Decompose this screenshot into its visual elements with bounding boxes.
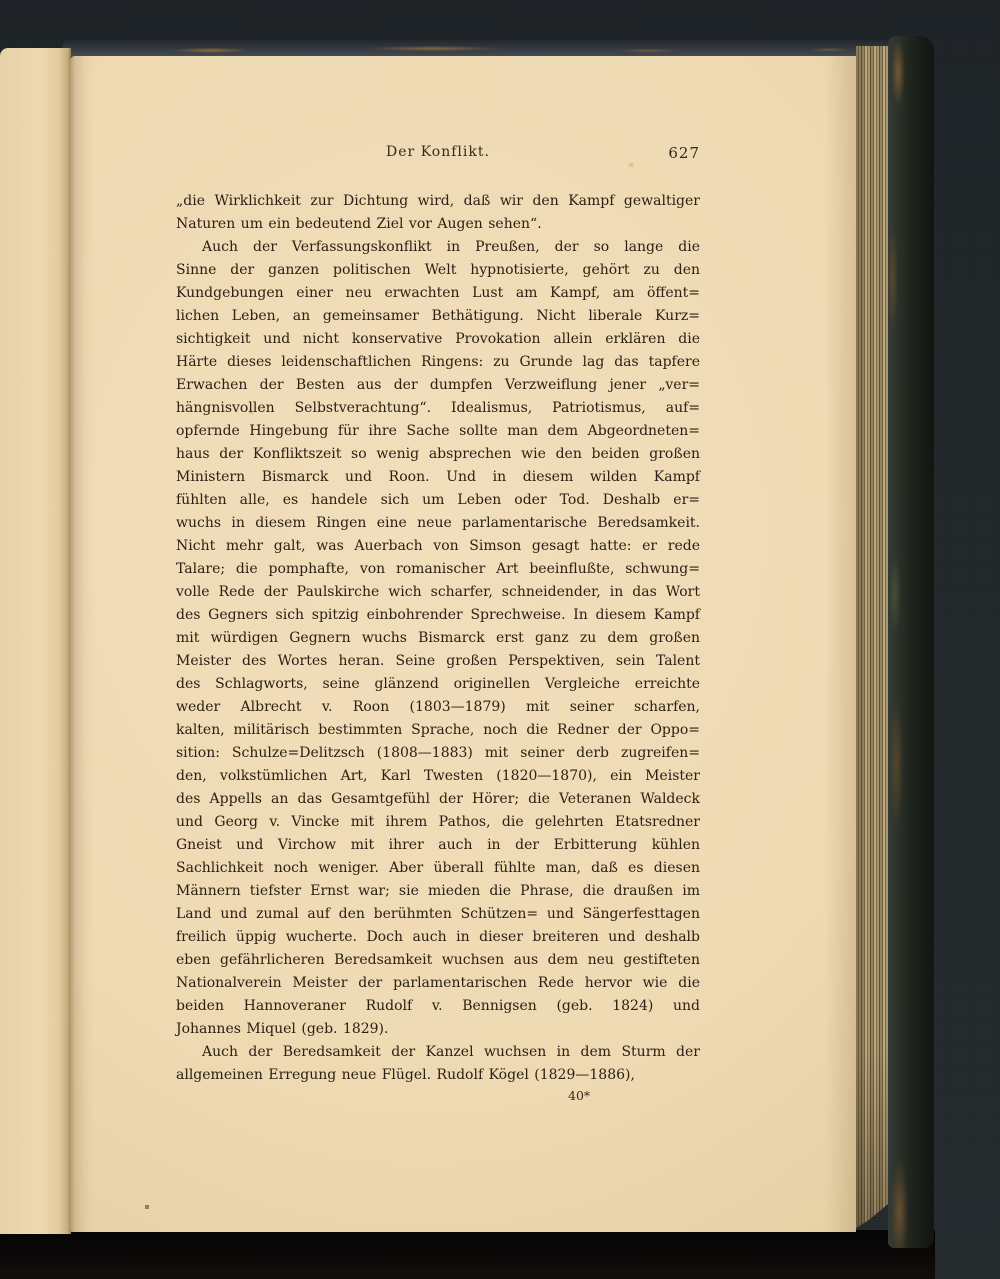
text-line: fühlten alle, es handele sich um Leben o… [176,489,700,512]
facing-page-edge [0,48,71,1234]
text-line: sition: Schulze=Delitzsch (1808—1883) mi… [176,742,700,765]
text-line: Gneist und Virchow mit ihrer auch in der… [176,834,700,857]
text-line: des Appells an das Gesamtgefühl der Höre… [176,788,700,811]
text-line: hängnisvollen Selbstverachtung“. Idealis… [176,397,700,420]
text-line: lichen Leben, an gemeinsamer Bethätigung… [176,305,700,328]
text-line: Sinne der ganzen politischen Welt hypnot… [176,259,700,282]
text-line: des Gegners sich spitzig einbohrender Sp… [176,604,700,627]
text-line: Ministern Bismarck und Roon. Und in dies… [176,466,700,489]
text-line: kalten, militärisch bestimmten Sprache, … [176,719,700,742]
text-line: wuchs in diesem Ringen eine neue parlame… [176,512,700,535]
book-cover-edge [888,36,934,1248]
text-line: Kundgebungen einer neu erwachten Lust am… [176,282,700,305]
text-block: „die Wirklichkeit zur Dichtung wird, daß… [176,190,700,1087]
text-line: und Georg v. Vincke mit ihrem Pathos, di… [176,811,700,834]
text-line: den, volkstümlichen Art, Karl Twesten (1… [176,765,700,788]
text-line: beiden Hannoveraner Rudolf v. Bennigsen … [176,995,700,1018]
page-header: Der Konflikt. 627 [176,144,700,166]
text-line: Nicht mehr galt, was Auerbach von Simson… [176,535,700,558]
page-number: 627 [668,144,700,162]
text-line: „die Wirklichkeit zur Dichtung wird, daß… [176,190,700,213]
book-bottom-shadow [0,1230,935,1279]
text-line: volle Rede der Paulskirche wich scharfer… [176,581,700,604]
text-line: Naturen um ein bedeutend Ziel vor Augen … [176,213,700,236]
text-line: weder Albrecht v. Roon (1803—1879) mit s… [176,696,700,719]
text-line: Johannes Miquel (geb. 1829). [176,1018,700,1041]
text-line: mit würdigen Gegnern wuchs Bismarck erst… [176,627,700,650]
text-line: Meister des Wortes heran. Seine großen P… [176,650,700,673]
text-line: Männern tiefster Ernst war; sie mieden d… [176,880,700,903]
text-line: Sachlichkeit noch weniger. Aber überall … [176,857,700,880]
text-line: eben gefährlicheren Beredsamkeit wuchsen… [176,949,700,972]
text-line: freilich üppig wucherte. Doch auch in di… [176,926,700,949]
text-line: des Schlagworts, seine glänzend originel… [176,673,700,696]
text-line: Erwachen der Besten aus der dumpfen Verz… [176,374,700,397]
book-page: Der Konflikt. 627 „die Wirklichkeit zur … [70,56,856,1232]
text-line: Härte dieses leidenschaftlichen Ringens:… [176,351,700,374]
running-title: Der Konflikt. [176,144,700,160]
signature-mark: 40* [568,1088,590,1103]
text-line: sichtigkeit und nicht konservative Provo… [176,328,700,351]
scanned-book-photo: Der Konflikt. 627 „die Wirklichkeit zur … [0,0,1000,1279]
text-line: Auch der Verfassungskonflikt in Preußen,… [176,236,700,259]
text-line: Nationalverein Meister der parlamentaris… [176,972,700,995]
paper-foxing-specks [70,56,72,58]
text-line: opfernde Hingebung für ihre Sache sollte… [176,420,700,443]
text-line: haus der Konfliktszeit so wenig absprech… [176,443,700,466]
gutter-crease [70,56,84,1232]
text-line: allgemeinen Erregung neue Flügel. Rudolf… [176,1064,700,1087]
page-fore-edge-stack [856,46,888,1228]
text-line: Land und zumal auf den berühmten Schütze… [176,903,700,926]
text-line: Talare; die pomphafte, von romanischer A… [176,558,700,581]
text-line: Auch der Beredsamkeit der Kanzel wuchsen… [176,1041,700,1064]
